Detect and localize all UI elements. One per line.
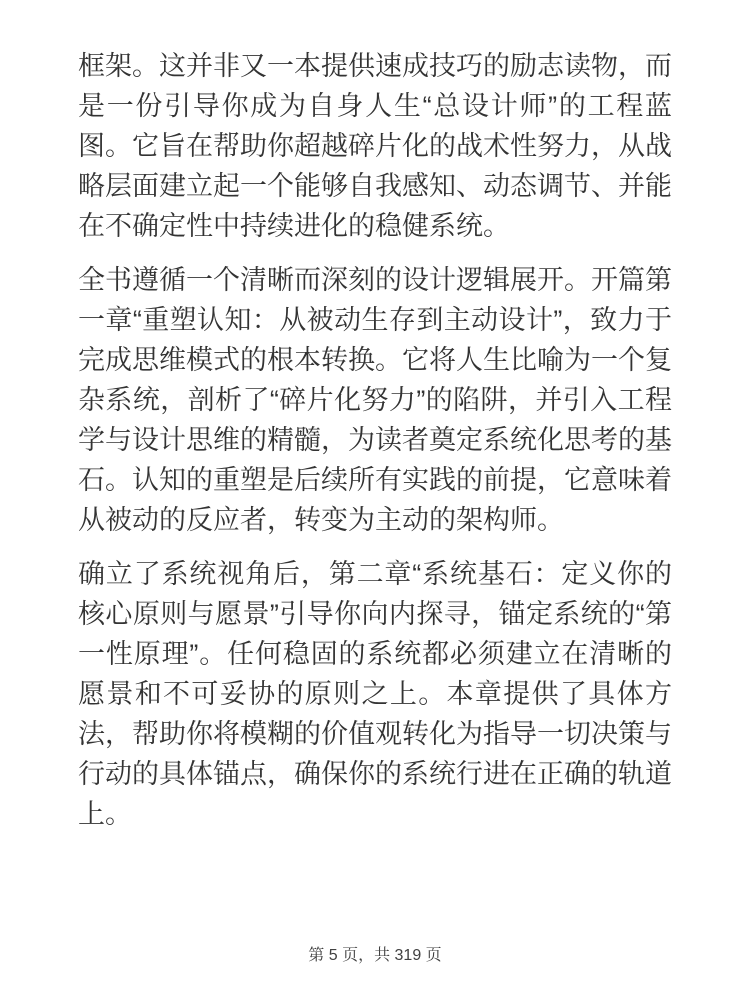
- page-indicator: 第 5 页，共 319 页: [0, 947, 750, 964]
- document-page: 框架。这并非又一本提供速成技巧的励志读物，而是一份引导你成为自身人生“总设计师”…: [0, 0, 750, 1000]
- paragraph: 全书遵循一个清晰而深刻的设计逻辑展开。开篇第一章“重塑认知：从被动生存到主动设计…: [78, 260, 672, 540]
- page-text: 框架。这并非又一本提供速成技巧的励志读物，而是一份引导你成为自身人生“总设计师”…: [78, 46, 672, 848]
- paragraph: 确立了系统视角后，第二章“系统基石：定义你的核心原则与愿景”引导你向内探寻，锚定…: [78, 554, 672, 834]
- paragraph: 框架。这并非又一本提供速成技巧的励志读物，而是一份引导你成为自身人生“总设计师”…: [78, 46, 672, 246]
